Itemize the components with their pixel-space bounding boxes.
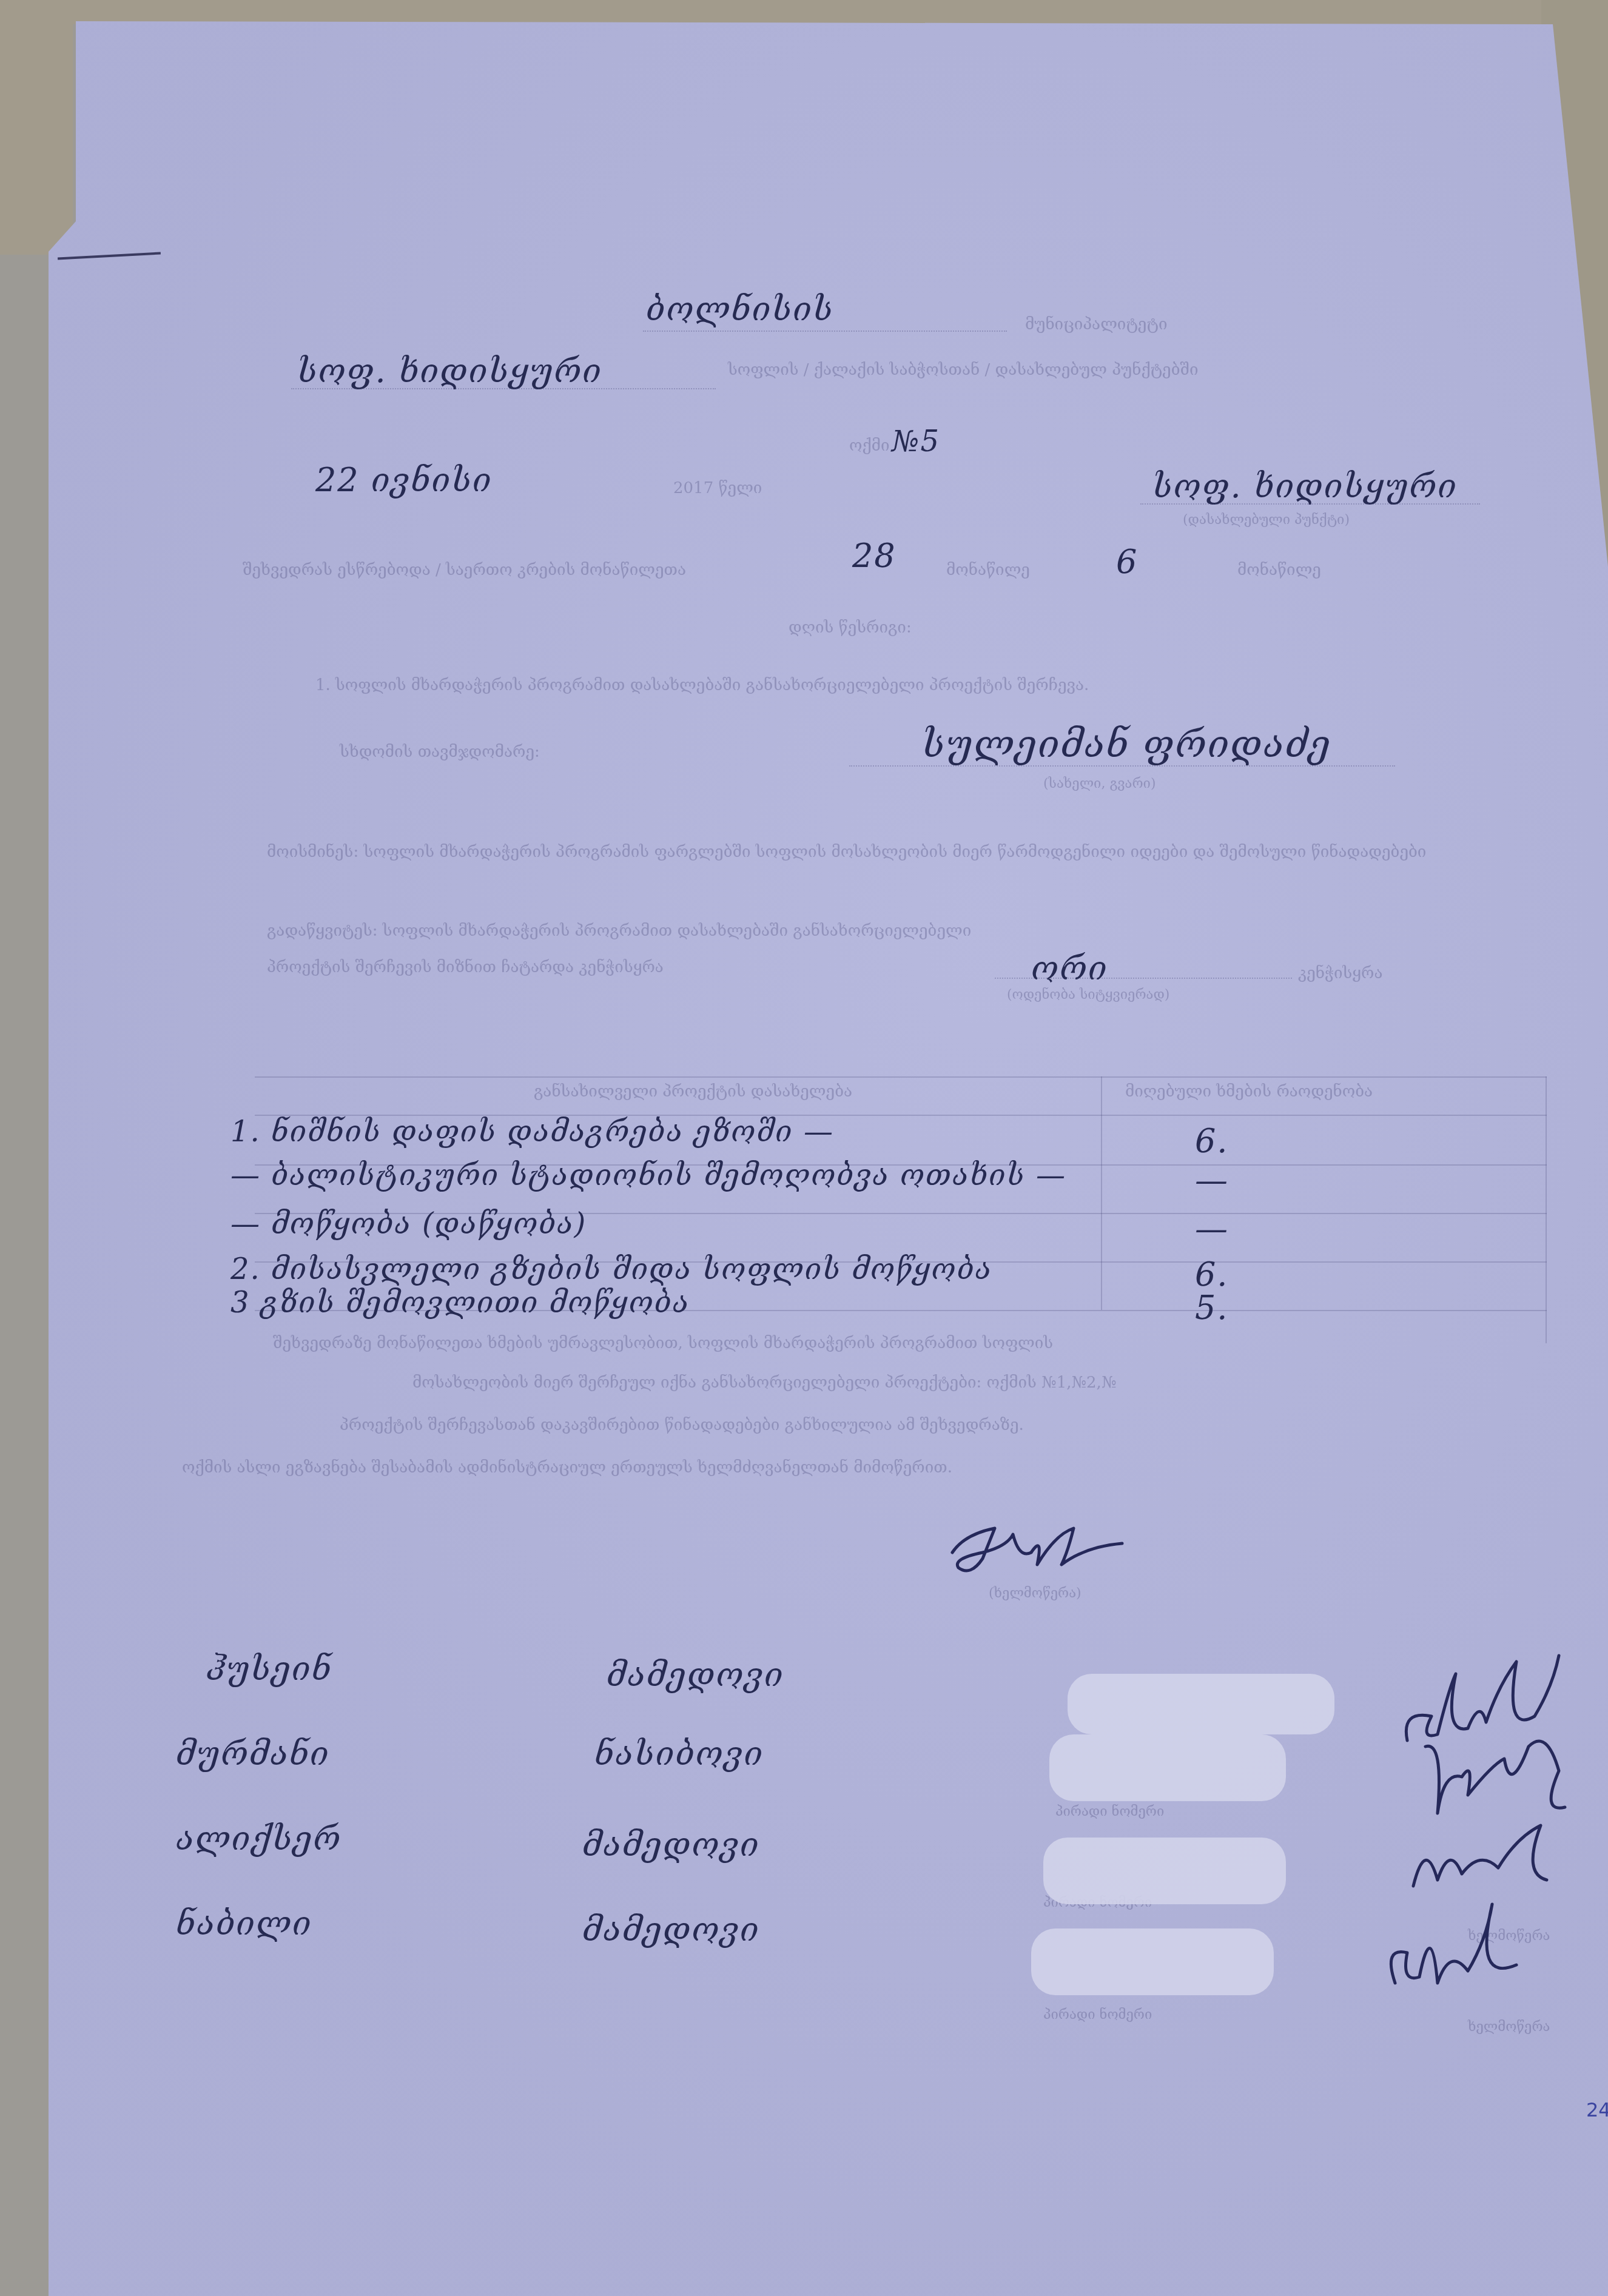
signatory-last-name: ნასიბოვი — [594, 1734, 764, 1773]
redacted-id — [1068, 1674, 1334, 1734]
background-surface — [0, 0, 1608, 24]
table-cell-project: — ბალისტიკური სტადიონის შემოღობვა ოთახის… — [230, 1158, 1066, 1192]
redacted-id — [1043, 1838, 1286, 1904]
signatory-signature — [1371, 1892, 1541, 1995]
year-label: 2017 წელი — [673, 479, 762, 497]
table-cell-project: 3 გზის შემოვლითი მოწყობა — [230, 1286, 690, 1320]
table-cell-project: 2. მისასვლელი გზების შიდა სოფლის მოწყობა — [230, 1252, 992, 1286]
table-header-votes: მიღებული ხმების რაოდენობა — [1125, 1083, 1373, 1101]
body-paragraph-2: გადაწყვიტეს: სოფლის მხარდაჭერის პროგრამი… — [267, 922, 971, 940]
body-paragraph-1: მოისმინეს: სოფლის მხარდაჭერის პროგრამის … — [267, 843, 1426, 861]
decision-line-4: ოქმის ასლი ეგზავნება შესაბამის ადმინისტრ… — [182, 1458, 952, 1477]
signatory-first-name: მურმანი — [176, 1734, 330, 1773]
background-surface-left — [0, 0, 73, 255]
projects-count-handwritten: ორი — [1031, 949, 1108, 987]
table-cell-project: 1. ნიშნის დაფის დამაგრება ეზოში — — [230, 1115, 834, 1149]
members-count: 6 — [1116, 543, 1138, 581]
protocol-number: №5 — [892, 425, 940, 458]
attendance-mid: მონაწილე — [946, 561, 1030, 579]
municipality-label: მუნიციპალიტეტი — [1025, 315, 1167, 334]
signatory-first-name: ალიქსერ — [176, 1819, 341, 1858]
decision-line-2: მოსახლეობის მიერ შერჩეულ იქნა განსახორცი… — [412, 1374, 1116, 1392]
signatory-last-name: მამედოვი — [582, 1825, 760, 1864]
signatory-first-name: ჰუსეინ — [206, 1650, 332, 1688]
signatory-signature — [1407, 1722, 1601, 1825]
attendance-prefix: შეხვედრას ესწრებოდა / საერთო კრების მონა… — [243, 561, 686, 579]
agenda-item-1: 1. სოფლის მხარდაჭერის პროგრამით დასახლებ… — [315, 676, 1089, 694]
id-caption: პირადი ნომერი — [1055, 1804, 1164, 1819]
table-cell-project: — მოწყობა (დაწყობა) — [230, 1207, 587, 1241]
chair-name-handwritten: სულეიმან ფრიდაძე — [922, 722, 1331, 766]
chair-caption: (სახელი, გვარი) — [1043, 776, 1156, 791]
attendance-count: 28 — [852, 537, 897, 575]
place-label: (დასახლებული პუნქტი) — [1183, 512, 1350, 528]
signature-caption: ხელმოწერა — [1468, 2019, 1550, 2035]
agenda-title: დღის წესრიგი: — [789, 619, 912, 637]
table-header-project: განსახილველი პროექტის დასახელება — [534, 1083, 852, 1101]
table-cell-votes: — — [1195, 1210, 1229, 1248]
table-cell-votes: 6. — [1195, 1255, 1229, 1294]
place-handwritten: სოფ. ხიდისყური — [1152, 467, 1458, 505]
table-cell-votes: 5. — [1195, 1289, 1229, 1327]
signatory-last-name: მამედოვი — [582, 1910, 760, 1949]
protocol-label: ოქმი — [849, 437, 889, 455]
signatory-last-name: მამედოვი — [607, 1656, 784, 1694]
members-label: მონაწილე — [1237, 561, 1321, 579]
village-handwritten: სოფ. ხიდისყური — [297, 352, 602, 390]
settlement-label: სოფლის / ქალაქის საბჭოსთან / დასახლებულ … — [728, 361, 1199, 379]
decision-line-1: შეხვედრაზე მონაწილეთა ხმების უმრავლესობი… — [273, 1334, 1053, 1352]
body-paragraph-3: პროექტის შერჩევის მიზნით ჩატარდა კენჭისყ… — [267, 958, 664, 976]
table-cell-votes: — — [1195, 1161, 1229, 1200]
signatory-signature — [1401, 1813, 1583, 1898]
decision-line-3: პროექტის შერჩევასთან დაკავშირებით წინადა… — [340, 1416, 1024, 1434]
table-cell-votes: 6. — [1195, 1122, 1229, 1160]
municipality-handwritten: ბოლნისის — [646, 290, 834, 328]
projects-suffix: კენჭისყრა — [1298, 964, 1383, 982]
chair-signature-caption: (ხელმოწერა) — [989, 1586, 1082, 1601]
chair-label: სხდომის თავმჯდომარე: — [340, 743, 540, 761]
projects-caption: (ოდენობა სიტყვიერად) — [1007, 987, 1169, 1002]
date-handwritten: 22 ივნისი — [315, 461, 493, 499]
id-caption: პირადი ნომერი — [1043, 2007, 1152, 2022]
redacted-id — [1031, 1928, 1274, 1995]
redacted-id — [1049, 1734, 1286, 1801]
page-number: 24 — [1586, 2098, 1608, 2121]
signatory-first-name: ნაბილი — [176, 1904, 312, 1942]
chair-signature — [946, 1510, 1128, 1583]
